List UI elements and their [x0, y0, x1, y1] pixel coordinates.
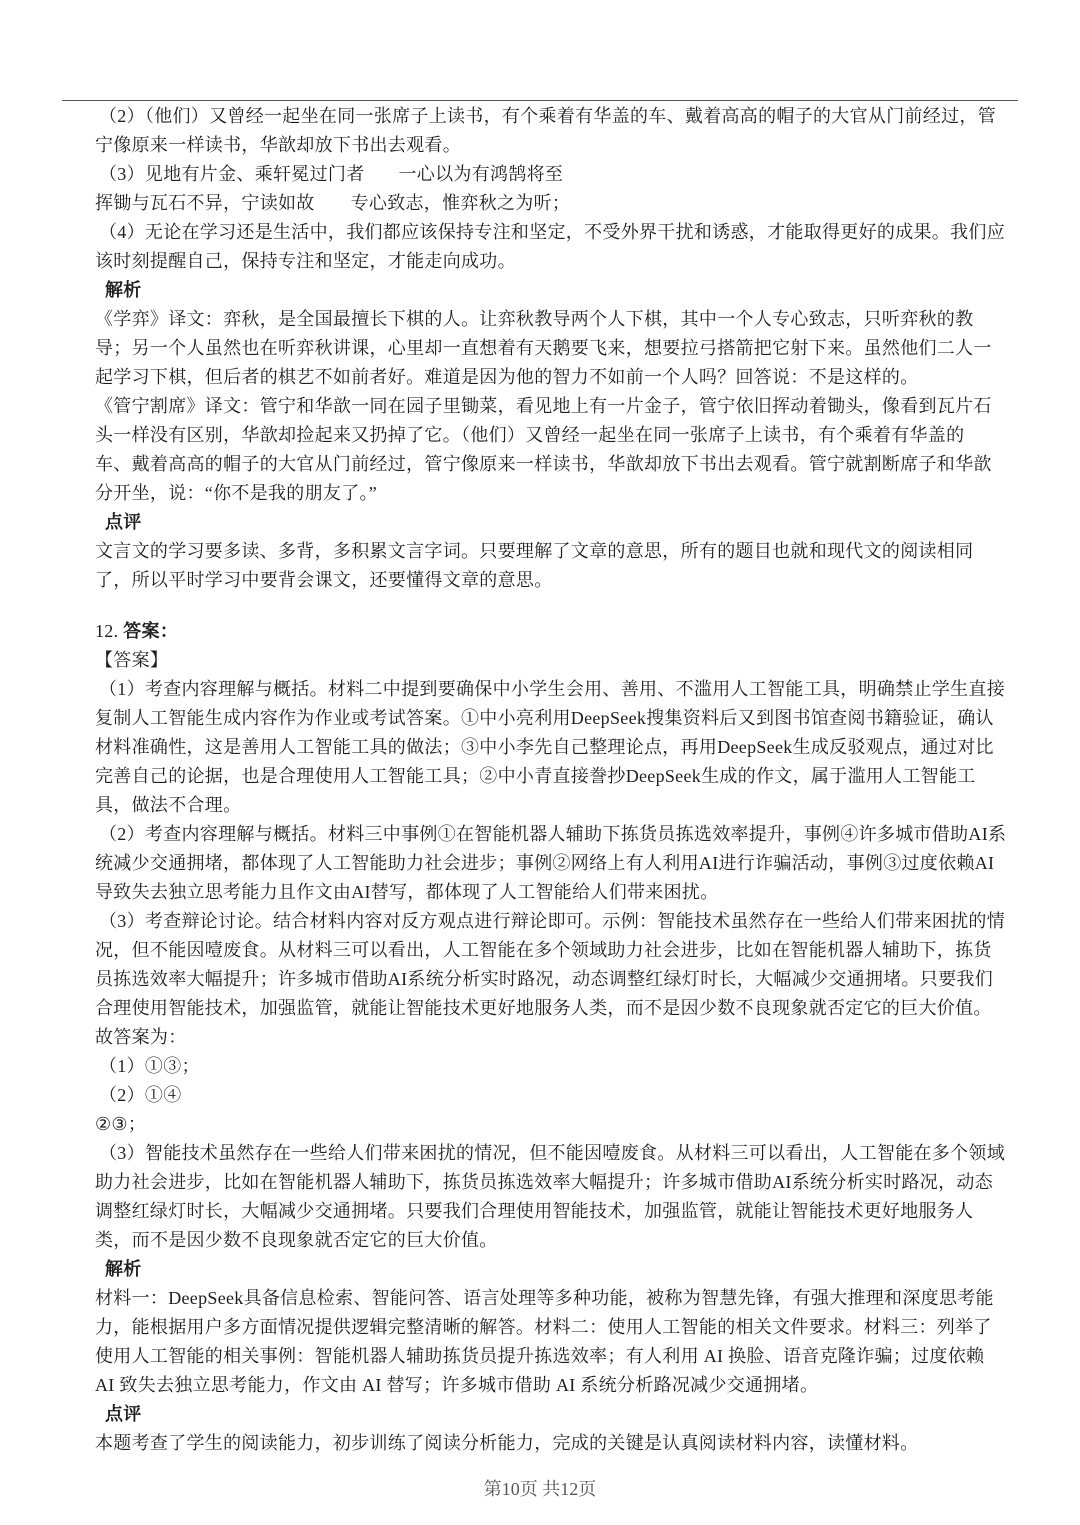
question-number: 12. [95, 621, 118, 641]
text-line: 头一样没有区别，华歆却捡起来又扔掉了它。（他们）又曾经一起坐在同一张席子上读书，… [95, 421, 1040, 450]
quote-a: 挥锄与瓦石不异，宁读如故 [95, 193, 315, 213]
quote-b: 专心致志，惟弈秋之为听； [351, 193, 571, 213]
text-line: 使用人工智能的相关事例：智能机器人辅助拣货员提升拣选效率；有人利用 AI 换脸、… [95, 1342, 1040, 1371]
text-line: 《管宁割席》译文：管宁和华歆一同在园子里锄菜，看见地上有一片金子，管宁依旧挥动着… [95, 392, 1040, 421]
text-line: 《学弈》译文：弈秋，是全国最擅长下棋的人。让弈秋教导两个人下棋，其中一个人专心致… [95, 305, 1040, 334]
text-line: 车、戴着高高的帽子的大官从门前经过，管宁像原来一样读书，华歆却放下书出去观看。管… [95, 450, 1040, 479]
text-line: 本题考查了学生的阅读能力，初步训练了阅读分析能力，完成的关键是认真阅读材料内容，… [95, 1429, 1040, 1458]
summary-answers: （1）①③； （2）①④ ②③； （3）智能技术虽然存在一些给人们带来困扰的情况… [95, 1052, 1040, 1255]
text-line: 合理使用智能技术，加强监管，就能让智能技术更好地服务人类，而不是因少数不良现象就… [95, 994, 1040, 1023]
text-line: 复制人工智能生成内容作为作业或考试答案。①中小亮利用DeepSeek搜集资料后又… [95, 704, 1040, 733]
comment-heading: 点评 [95, 1400, 1040, 1429]
text-line: ②③； [95, 1110, 1040, 1139]
page-number-footer: 第10页 共12页 [0, 1475, 1080, 1501]
text-line: （4）无论在学习还是生活中，我们都应该保持专注和坚定，不受外界干扰和诱惑，才能取… [95, 218, 1040, 247]
text-line: （3）考查辩论讨论。结合材料内容对反方观点进行辩论即可。示例：智能技术虽然存在一… [95, 907, 1040, 936]
text-line: （2）（他们）又曾经一起坐在同一张席子上读书，有个乘着有华盖的车、戴着高高的帽子… [95, 102, 1040, 131]
text-line: （3）智能技术虽然存在一些给人们带来困扰的情况，但不能因噎废食。从材料三可以看出… [95, 1139, 1040, 1168]
text-line: 具，做法不合理。 [95, 791, 1040, 820]
header-rule [62, 100, 1018, 101]
text-line: 宁像原来一样读书，华歆却放下书出去观看。 [95, 131, 1040, 160]
answer-tag: 【答案】 [95, 646, 1040, 675]
q12-item-2: （2）考查内容理解与概括。材料三中事例①在智能机器人辅助下拣货员拣选效率提升，事… [95, 820, 1040, 907]
text-line: 材料一：DeepSeek具备信息检索、智能问答、语言处理等多种功能，被称为智慧先… [95, 1284, 1040, 1313]
text-line: （2）考查内容理解与概括。材料三中事例①在智能机器人辅助下拣货员拣选效率提升，事… [95, 820, 1040, 849]
prev-answer-item-2: （2）（他们）又曾经一起坐在同一张席子上读书，有个乘着有华盖的车、戴着高高的帽子… [95, 102, 1040, 160]
q12-item-1: （1）考查内容理解与概括。材料二中提到要确保中小学生会用、善用、不滥用人工智能工… [95, 675, 1040, 820]
quote-b: 一心以为有鸿鹄将至 [399, 164, 564, 184]
text-line: 文言文的学习要多读、多背，多积累文言字词。只要理解了文章的意思，所有的题目也就和… [95, 537, 1040, 566]
text-line: 员拣选效率大幅提升；许多城市借助AI系统分析实时路况，动态调整红绿灯时长，大幅减… [95, 965, 1040, 994]
analysis-body: 《学弈》译文：弈秋，是全国最擅长下棋的人。让弈秋教导两个人下棋，其中一个人专心致… [95, 305, 1040, 508]
text-line: 况，但不能因噎废食。从材料三可以看出，人工智能在多个领域助力社会进步，比如在智能… [95, 936, 1040, 965]
question-title: 答案： [123, 621, 178, 642]
analysis-heading: 解析 [95, 1255, 1040, 1284]
text-line: 挥锄与瓦石不异，宁读如故专心致志，惟弈秋之为听； [95, 189, 1040, 218]
analysis-heading: 解析 [95, 276, 1040, 305]
text-line: 完善自己的论据，也是合理使用人工智能工具；②中小青直接誊抄DeepSeek生成的… [95, 762, 1040, 791]
comment-heading: 点评 [95, 508, 1040, 537]
text-line: （1）考查内容理解与概括。材料二中提到要确保中小学生会用、善用、不滥用人工智能工… [95, 675, 1040, 704]
text-line: 类，而不是因少数不良现象就否定它的巨大价值。 [95, 1226, 1040, 1255]
q12-item-3: （3）考查辩论讨论。结合材料内容对反方观点进行辩论即可。示例：智能技术虽然存在一… [95, 907, 1040, 1023]
text-line: （1）①③； [95, 1052, 1040, 1081]
text-line: 力，能根据用户多方面情况提供逻辑完整清晰的解答。材料二：使用人工智能的相关文件要… [95, 1313, 1040, 1342]
text-line: 分开坐，说：“你不是我的朋友了。” [95, 479, 1040, 508]
prev-answer-item-3: （3）见地有片金、乘轩冕过门者一心以为有鸿鹄将至 挥锄与瓦石不异，宁读如故专心致… [95, 160, 1040, 218]
comment-body: 本题考查了学生的阅读能力，初步训练了阅读分析能力，完成的关键是认真阅读材料内容，… [95, 1429, 1040, 1458]
analysis-body: 材料一：DeepSeek具备信息检索、智能问答、语言处理等多种功能，被称为智慧先… [95, 1284, 1040, 1400]
text-line: AI 致失去独立思考能力，作文由 AI 替写；许多城市借助 AI 系统分析路况减… [95, 1371, 1040, 1400]
text-line: 材料准确性，这是善用人工智能工具的做法；③中小李先自己整理论点，再用DeepSe… [95, 733, 1040, 762]
text-line: 调整红绿灯时长，大幅减少交通拥堵。只要我们合理使用智能技术，加强监管，就能让智能… [95, 1197, 1040, 1226]
text-line: （2）①④ [95, 1081, 1040, 1110]
text-line: 统减少交通拥堵，都体现了人工智能助力社会进步；事例②网络上有人利用AI进行诈骗活… [95, 849, 1040, 878]
text-line: 了，所以平时学习中要背会课文，还要懂得文章的意思。 [95, 566, 1040, 595]
text-line: 该时刻提醒自己，保持专注和坚定，才能走向成功。 [95, 247, 1040, 276]
text-line: 起学习下棋，但后者的棋艺不如前者好。难道是因为他的智力不如前一个人吗？回答说：不… [95, 363, 1040, 392]
text-line: （3）见地有片金、乘轩冕过门者一心以为有鸿鹄将至 [95, 160, 1040, 189]
summary-intro: 故答案为： [95, 1023, 1040, 1052]
text-line: 导致失去独立思考能力且作文由AI替写，都体现了人工智能给人们带来困扰。 [95, 878, 1040, 907]
page-content: （2）（他们）又曾经一起坐在同一张席子上读书，有个乘着有华盖的车、戴着高高的帽子… [95, 102, 1040, 1458]
quote-a: （3）见地有片金、乘轩冕过门者 [99, 164, 365, 184]
text-line: 助力社会进步，比如在智能机器人辅助下，拣货员拣选效率大幅提升；许多城市借助AI系… [95, 1168, 1040, 1197]
text-line: 导；另一个人虽然也在听弈秋讲课，心里却一直想着有天鹅要飞来，想要拉弓搭箭把它射下… [95, 334, 1040, 363]
comment-body: 文言文的学习要多读、多背，多积累文言字词。只要理解了文章的意思，所有的题目也就和… [95, 537, 1040, 595]
question-12-header: 12. 答案： [95, 617, 1040, 646]
prev-answer-item-4: （4）无论在学习还是生活中，我们都应该保持专注和坚定，不受外界干扰和诱惑，才能取… [95, 218, 1040, 276]
